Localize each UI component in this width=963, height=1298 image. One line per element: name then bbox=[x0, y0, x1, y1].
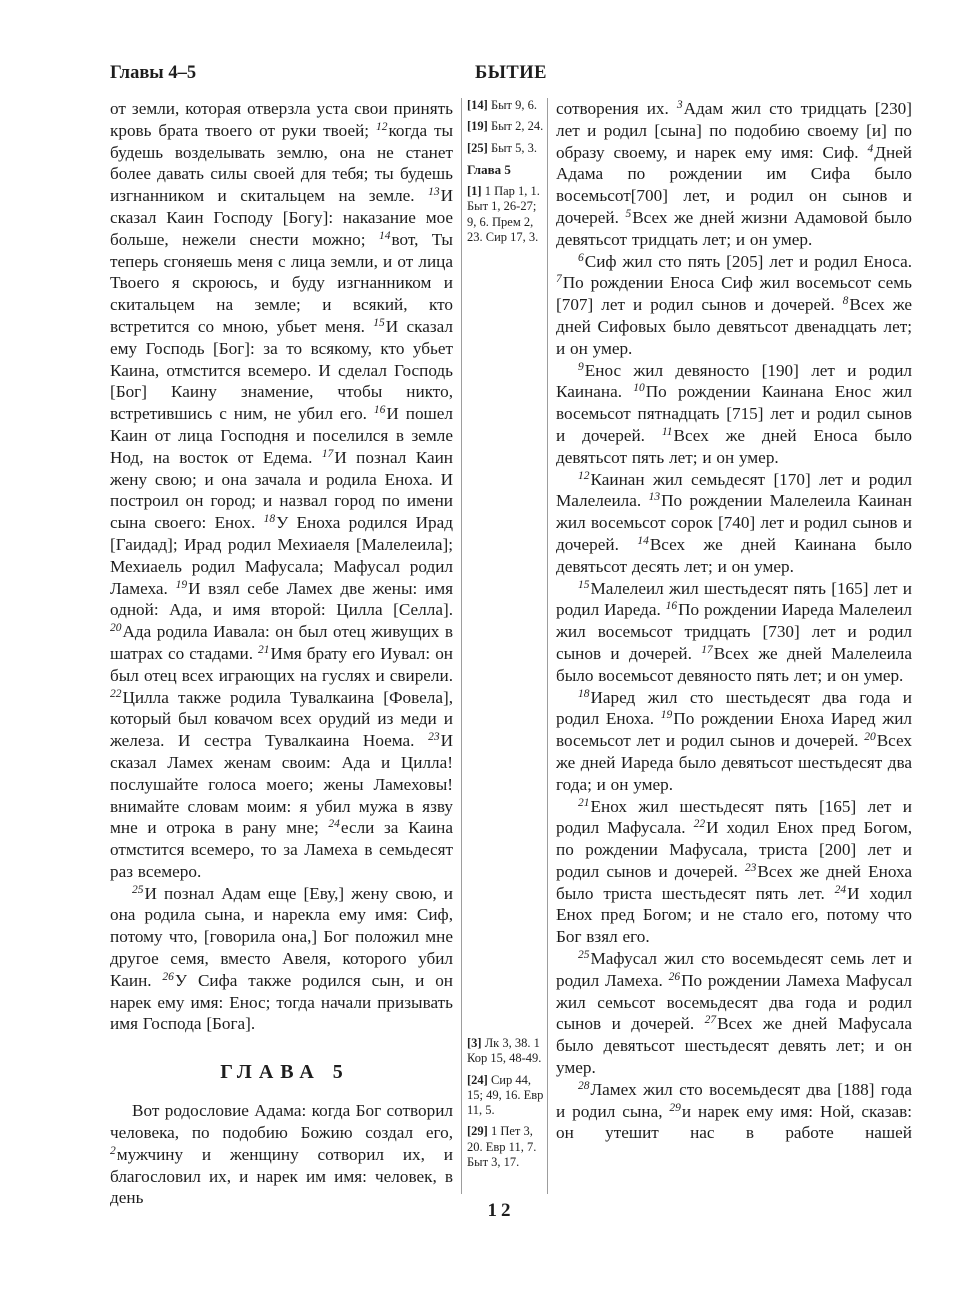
ref-chapter-heading: Глава 5 bbox=[467, 162, 544, 177]
ref-verse-label: [29] bbox=[467, 1124, 488, 1138]
verse-number: 24 bbox=[835, 884, 847, 896]
verse-number: 14 bbox=[379, 230, 391, 242]
verse-number: 25 bbox=[132, 884, 144, 896]
ref-verse-label: [24] bbox=[467, 1073, 488, 1087]
verse-number: 26 bbox=[669, 971, 681, 983]
verse-number: 17 bbox=[322, 448, 334, 460]
verse-number: 10 bbox=[633, 382, 645, 394]
bible-text-paragraph: 21Енох жил шестьдесят пять [165] лет и р… bbox=[556, 796, 912, 949]
cross-references-column: [14] Быт 9, 6.[19] Быт 2, 24.[25] Быт 5,… bbox=[467, 98, 544, 1194]
bible-text-paragraph: 15Малелеил жил шестьдесят пять [165] лет… bbox=[556, 578, 912, 687]
verse-number: 7 bbox=[556, 273, 562, 285]
verse-number: 15 bbox=[578, 579, 590, 591]
cross-reference-entry: [25] Быт 5, 3. bbox=[467, 141, 544, 156]
verse-number: 26 bbox=[162, 971, 174, 983]
bible-text-paragraph: сотворения их. 3Адам жил сто тридцать [2… bbox=[556, 98, 912, 251]
verse-number: 17 bbox=[701, 644, 713, 656]
verse-number: 16 bbox=[666, 600, 678, 612]
chapter-heading: ГЛАВА 5 bbox=[110, 1061, 453, 1084]
cross-reference-entry: [3] Лк 3, 38. 1 Кор 15, 48-49. bbox=[467, 1036, 544, 1067]
column-divider-right bbox=[547, 98, 548, 1194]
right-text-column: сотворения их. 3Адам жил сто тридцать [2… bbox=[556, 98, 912, 1144]
bible-text-paragraph: 28Ламех жил сто восемьдесят два [188] го… bbox=[556, 1079, 912, 1144]
verse-number: 5 bbox=[625, 208, 631, 220]
verse-number: 2 bbox=[110, 1145, 116, 1157]
cross-references-bottom-group: [3] Лк 3, 38. 1 Кор 15, 48-49.[24] Сир 4… bbox=[467, 1036, 544, 1176]
verse-number: 16 bbox=[374, 404, 386, 416]
verse-number: 12 bbox=[578, 470, 590, 482]
left-text-column: от земли, которая отверзла уста свои при… bbox=[110, 98, 453, 1209]
page-number: 12 bbox=[100, 1200, 902, 1222]
book-title: БЫТИЕ bbox=[110, 62, 912, 84]
verse-number: 13 bbox=[428, 186, 440, 198]
verse-number: 20 bbox=[864, 731, 876, 743]
verse-number: 19 bbox=[661, 709, 673, 721]
verse-number: 3 bbox=[677, 99, 683, 111]
ref-verse-label: [3] bbox=[467, 1036, 482, 1050]
bible-text-paragraph: 12Каинан жил семьдесят [170] лет и родил… bbox=[556, 469, 912, 578]
ref-verse-label: [1] bbox=[467, 184, 482, 198]
bible-text-paragraph: Вот родословие Адама: когда Бог сотворил… bbox=[110, 1100, 453, 1209]
cross-reference-entry: [29] 1 Пет 3, 20. Евр 11, 7. Быт 3, 17. bbox=[467, 1124, 544, 1170]
column-divider-left bbox=[461, 98, 462, 1194]
cross-reference-entry: [19] Быт 2, 24. bbox=[467, 119, 544, 134]
verse-number: 27 bbox=[705, 1014, 717, 1026]
verse-number: 19 bbox=[176, 579, 188, 591]
verse-number: 6 bbox=[578, 252, 584, 264]
bible-page: Главы 4–5 БЫТИЕ от земли, которая отверз… bbox=[0, 0, 963, 1298]
bible-text-paragraph: 6Сиф жил сто пять [205] лет и родил Енос… bbox=[556, 251, 912, 360]
cross-reference-entry: [1] 1 Пар 1, 1. Быт 1, 26-27; 9, 6. Прем… bbox=[467, 184, 544, 245]
verse-number: 29 bbox=[669, 1102, 681, 1114]
verse-number: 22 bbox=[110, 688, 122, 700]
verse-number: 21 bbox=[258, 644, 270, 656]
cross-reference-entry: [14] Быт 9, 6. bbox=[467, 98, 544, 113]
ref-verse-label: [14] bbox=[467, 98, 488, 112]
verse-number: 24 bbox=[328, 818, 340, 830]
ref-verse-label: [25] bbox=[467, 141, 488, 155]
verse-number: 23 bbox=[428, 731, 440, 743]
bible-text-paragraph: 18Иаред жил сто шестьдесят два года и ро… bbox=[556, 687, 912, 796]
verse-number: 8 bbox=[843, 295, 849, 307]
verse-number: 21 bbox=[578, 797, 590, 809]
verse-number: 28 bbox=[578, 1080, 590, 1092]
verse-number: 11 bbox=[662, 426, 673, 438]
verse-number: 18 bbox=[264, 513, 276, 525]
bible-text-paragraph: 25Мафусал жил сто восемьдесят семь лет и… bbox=[556, 948, 912, 1079]
verse-number: 13 bbox=[649, 491, 661, 503]
verse-number: 25 bbox=[578, 949, 590, 961]
verse-number: 22 bbox=[694, 818, 706, 830]
verse-number: 14 bbox=[637, 535, 649, 547]
verse-number: 12 bbox=[376, 121, 388, 133]
bible-text-paragraph: от земли, которая отверзла уста свои при… bbox=[110, 98, 453, 883]
verse-number: 20 bbox=[110, 622, 122, 634]
bible-text-paragraph: 9Енос жил девяносто [190] лет и родил Ка… bbox=[556, 360, 912, 469]
cross-reference-entry: [24] Сир 44, 15; 49, 16. Евр 11, 5. bbox=[467, 1073, 544, 1119]
ref-verse-label: [19] bbox=[467, 119, 488, 133]
verse-number: 4 bbox=[868, 143, 874, 155]
bible-text-paragraph: 25И познал Адам еще [Еву,] жену свою, и … bbox=[110, 883, 453, 1036]
verse-number: 18 bbox=[578, 688, 590, 700]
verse-number: 23 bbox=[745, 862, 757, 874]
verse-number: 15 bbox=[373, 317, 385, 329]
verse-number: 9 bbox=[578, 361, 584, 373]
cross-references-top-group: [14] Быт 9, 6.[19] Быт 2, 24.[25] Быт 5,… bbox=[467, 98, 544, 245]
